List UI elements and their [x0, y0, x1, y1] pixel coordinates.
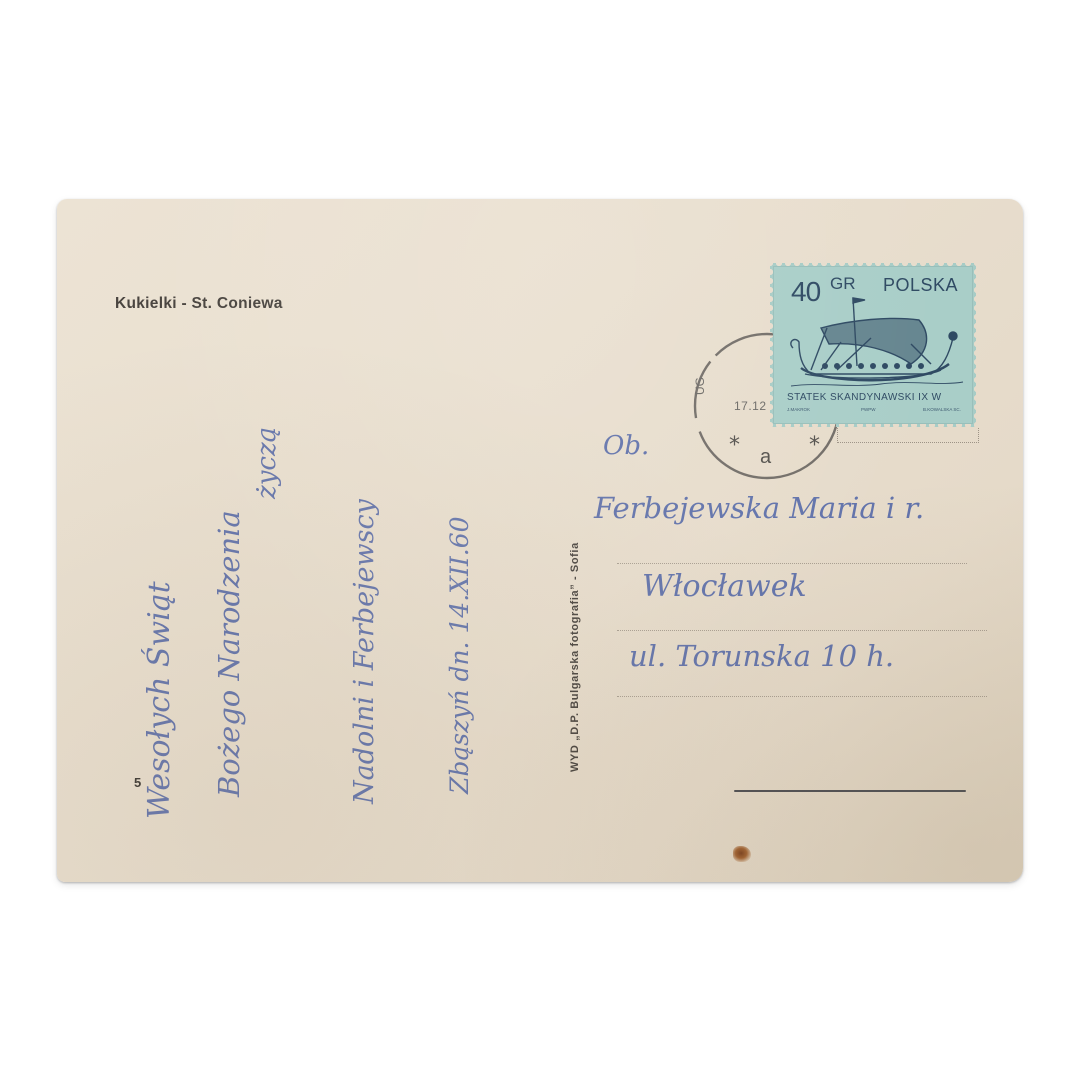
message-line-5: Zbąszyń dn. 14.XII.60 — [445, 516, 474, 794]
printed-location-title: Kukielki - St. Coniewa — [115, 295, 283, 313]
stamp-unit: GR — [830, 274, 856, 294]
address-dotted-line-1 — [617, 563, 967, 564]
photo-scene: Kukielki - St. Coniewa 5 WYD „D.P. Bulga… — [0, 0, 1080, 1080]
address-underline — [734, 790, 966, 792]
viking-ship-icon — [781, 294, 967, 392]
stamp-outline — [837, 428, 979, 443]
postmark-letter: a — [760, 446, 771, 469]
message-line-3: życzą — [252, 427, 282, 499]
stamp-credit-printer: PWPW — [861, 407, 876, 412]
message-line-1: Wesołych Świąt — [142, 581, 177, 819]
rust-stain — [733, 846, 751, 862]
address-dotted-line-2 — [617, 630, 987, 631]
address-line-street: ul. Torunska 10 h. — [629, 639, 894, 673]
message-line-2: Bożego Narodzenia — [212, 510, 246, 797]
address-dotted-line-3 — [617, 696, 987, 697]
address-line-name: Ferbejewska Maria i r. — [594, 491, 924, 525]
postmark-star-right: * — [809, 433, 820, 458]
publisher-line: WYD „D.P. Bulgarska fotografia” - Sofia — [569, 542, 581, 772]
postcard-back: Kukielki - St. Coniewa 5 WYD „D.P. Bulga… — [57, 199, 1023, 882]
card-number: 5 — [134, 775, 141, 790]
stamp-caption: STATEK SKANDYNAWSKI IX W — [787, 392, 941, 403]
stamp-country: POLSKA — [883, 275, 958, 296]
stamp-credit-designer: J.MAKROK — [787, 407, 810, 412]
message-line-4: Nadolni i Ferbejewscy — [349, 499, 380, 804]
address-line-city: Włocławek — [642, 569, 807, 604]
postmark-star-left: * — [729, 433, 740, 458]
postmark-date: 17.12 — [734, 399, 767, 413]
stamp-credit-engraver: B.KOWALSKA SC. — [923, 407, 961, 412]
postage-stamp: 40 GR POLSKA — [773, 266, 973, 424]
address-salutation: Ob. — [603, 431, 649, 461]
postmark-town: UG — [693, 377, 707, 395]
